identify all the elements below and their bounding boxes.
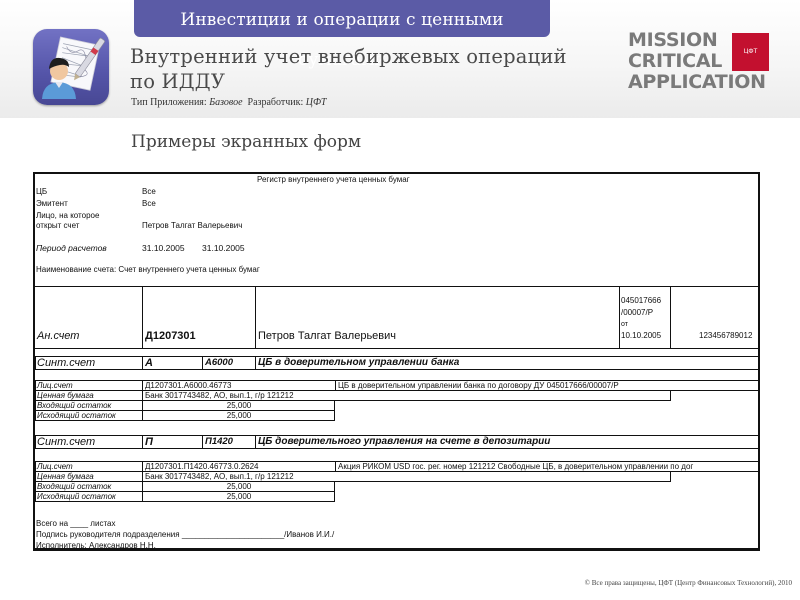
- contract-line-4: 10.10.2005: [621, 331, 661, 341]
- category-banner: Инвестиции и операции с ценными бумагами: [134, 0, 550, 37]
- filter-value-person: Петров Талгат Валерьевич: [142, 221, 242, 231]
- form-title: Регистр внутреннего учета ценных бумаг: [257, 175, 410, 185]
- synth-name-p: ЦБ доверительного управления на счете в …: [258, 437, 550, 447]
- period-label: Период расчетов: [36, 243, 107, 253]
- analytic-code: Д1207301: [145, 330, 196, 343]
- register-form: Регистр внутреннего учета ценных бумаг Ц…: [33, 172, 760, 551]
- cft-badge-logo: ЦФТ: [732, 33, 769, 71]
- synth-code-a: А6000: [205, 358, 233, 368]
- synth-name-a: ЦБ в доверительном управлении банка: [258, 358, 459, 368]
- closing-value-a: 25,000: [143, 411, 335, 421]
- logo-line-3: APPLICATION: [628, 72, 778, 93]
- contract-line-2: /00007/Р: [621, 308, 653, 318]
- closing-value-p: 25,000: [143, 492, 335, 502]
- filter-value-issuer: Все: [142, 199, 156, 209]
- synth-label-p: Синт.счет: [37, 436, 95, 449]
- signature-line: Подпись руководителя подразделения _____…: [36, 530, 334, 540]
- synth-letter-p: П: [145, 436, 153, 449]
- sheets-total: Всего на ____ листах: [36, 519, 115, 529]
- synth-code-p: П1420: [205, 437, 233, 447]
- app-title: Внутренний учет внебиржевых операций по …: [130, 44, 570, 94]
- filter-label-cb: ЦБ: [36, 187, 47, 197]
- section-title: Примеры экранных форм: [131, 132, 361, 152]
- analytic-owner: Петров Талгат Валерьевич: [258, 330, 396, 343]
- user-document-pen-icon: [33, 29, 109, 105]
- analytic-number: 123456789012: [699, 331, 752, 341]
- analytic-label: Ан.счет: [37, 330, 79, 343]
- copyright-footer: © Все права защищены, ЦФТ (Центр Финансо…: [560, 579, 792, 587]
- developer-value: ЦФТ: [306, 97, 327, 108]
- app-title-line-2: по ИДДУ: [130, 69, 570, 94]
- period-from: 31.10.2005: [142, 243, 185, 253]
- closing-label-a: Исходящий остаток: [37, 411, 116, 421]
- synth-label-a: Синт.счет: [37, 357, 95, 370]
- period-to: 31.10.2005: [202, 243, 245, 253]
- synth-letter-a: А: [145, 357, 153, 370]
- app-meta: Тип Приложения: Базовое Разработчик: ЦФТ: [131, 97, 326, 108]
- filter-label-person-1: Лицо, на которое: [36, 211, 99, 221]
- type-label: Тип Приложения:: [131, 97, 207, 108]
- executor-line: Исполнитель: Александров Н.Н.: [36, 541, 156, 551]
- closing-label-p: Исходящий остаток: [37, 492, 116, 502]
- filter-label-person-2: открыт счет: [36, 221, 79, 231]
- filter-label-issuer: Эмитент: [36, 199, 68, 209]
- filter-value-cb: Все: [142, 187, 156, 197]
- account-name: Наименование счета: Счет внутреннего уче…: [36, 265, 260, 275]
- type-value: Базовое: [209, 97, 242, 108]
- developer-label: Разработчик:: [248, 97, 304, 108]
- contract-line-3: от: [621, 320, 628, 330]
- app-title-line-1: Внутренний учет внебиржевых операций: [130, 44, 570, 69]
- contract-line-1: 045017666: [621, 296, 661, 306]
